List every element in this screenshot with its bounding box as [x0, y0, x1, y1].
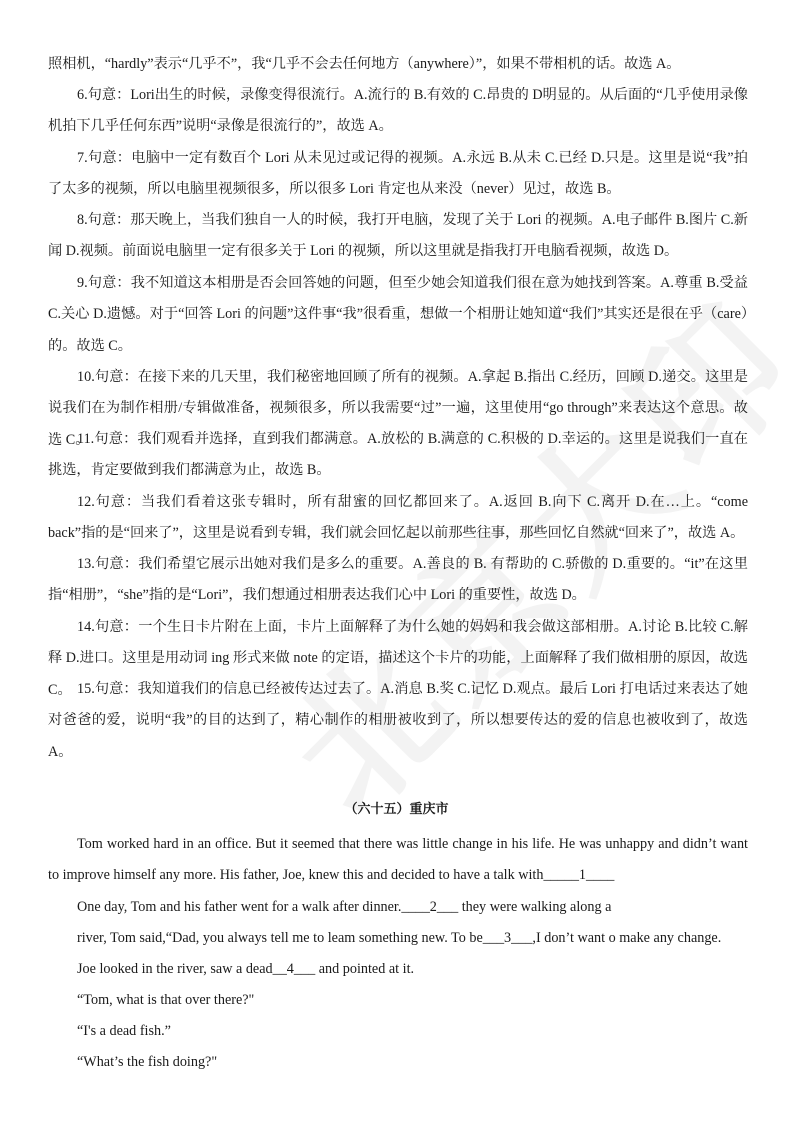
answer-paragraph-11: 11.句意：我们观看并选择，直到我们都满意。A.放松的 B.满意的 C.积极的 …: [48, 424, 748, 487]
passage-paragraph-1: Tom worked hard in an office. But it see…: [48, 829, 748, 892]
answer-paragraph-13: 13.句意：我们希望它展示出她对我们是多么的重要。A.善良的 B. 有帮助的 C…: [48, 549, 748, 612]
passage-line-7: “What’s the fish doing?": [77, 1052, 217, 1072]
passage-line-2: One day, Tom and his father went for a w…: [77, 897, 611, 917]
document-page: 北京大印 照相机，“hardly”表示“几乎不”，我“几乎不会去任何地方（any…: [0, 0, 793, 1122]
passage-line-5: “Tom, what is that over there?": [77, 990, 254, 1010]
answer-paragraph-8: 8.句意：那天晚上，当我们独自一人的时候，我打开电脑，发现了关于 Lori 的视…: [48, 205, 748, 268]
answer-paragraph-12: 12.句意：当我们看着这张专辑时，所有甜蜜的回忆都回来了。A.返回 B.向下 C…: [48, 487, 748, 550]
passage-line-6: “I's a dead fish.”: [77, 1021, 171, 1041]
answer-paragraph-6: 6.句意：Lori出生的时候，录像变得很流行。A.流行的 B.有效的 C.昂贵的…: [48, 80, 748, 143]
answer-paragraph-5-tail: 照相机，“hardly”表示“几乎不”，我“几乎不会去任何地方（anywhere…: [48, 49, 748, 80]
answer-paragraph-9: 9.句意：我不知道这本相册是否会回答她的问题，但至少她会知道我们很在意为她找到答…: [48, 268, 748, 362]
passage-line-4: Joe looked in the river, saw a dead__4__…: [77, 959, 414, 979]
passage-line-3: river, Tom said,“Dad, you always tell me…: [77, 928, 721, 948]
answer-paragraph-15: 15.句意：我知道我们的信息已经被传达过去了。A.消息 B.奖 C.记忆 D.观…: [48, 674, 748, 768]
answer-paragraph-7: 7.句意：电脑中一定有数百个 Lori 从未见过或记得的视频。A.永远 B.从未…: [48, 143, 748, 206]
section-title: （六十五）重庆市: [0, 798, 793, 817]
